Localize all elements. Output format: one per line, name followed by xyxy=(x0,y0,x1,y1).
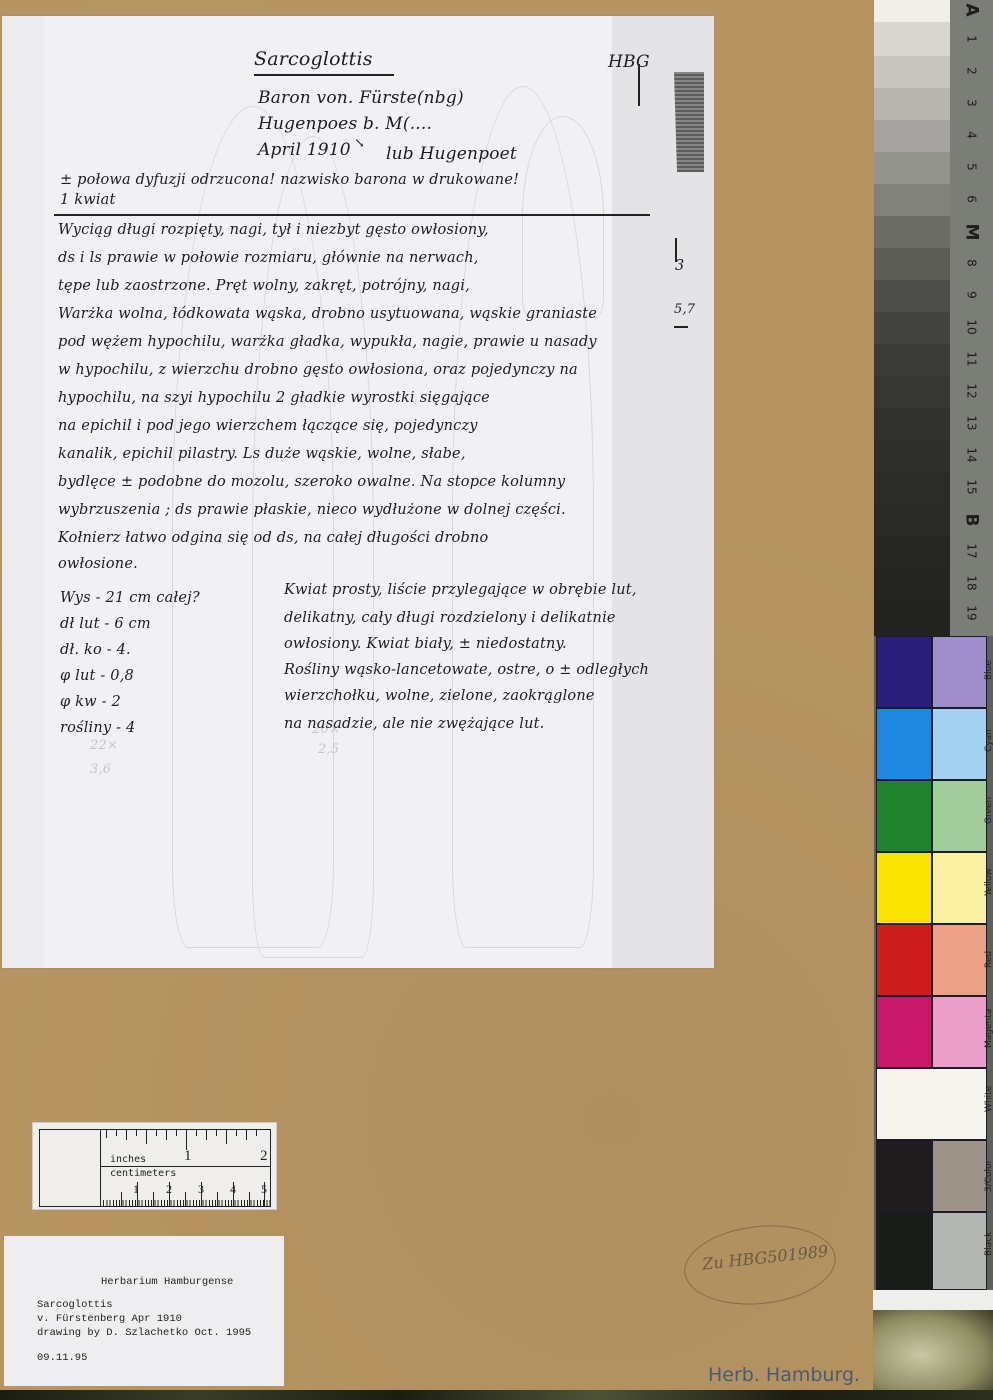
tick xyxy=(166,1130,167,1140)
note-sub: 1 kwiat xyxy=(60,192,116,208)
tick xyxy=(216,1130,217,1136)
tick xyxy=(236,1130,237,1136)
measurement: dł lut - 6 cm xyxy=(60,616,151,632)
chart-edge-strip xyxy=(873,1290,993,1310)
gray-step xyxy=(874,56,950,88)
measurement: φ lut - 0,8 xyxy=(60,668,134,684)
color-label: Green xyxy=(984,784,993,824)
tick xyxy=(116,1130,117,1136)
description-line: Rośliny wąsko-lancetowate, ostre, o ± od… xyxy=(284,662,649,678)
tick xyxy=(146,1130,147,1144)
color-label: Yellow xyxy=(984,856,993,896)
tick xyxy=(196,1130,197,1136)
tick xyxy=(206,1130,207,1140)
color-label: Cyan xyxy=(984,712,993,752)
color-label: Black xyxy=(984,1216,993,1256)
tick xyxy=(176,1130,177,1136)
section-divider xyxy=(54,214,650,216)
color-label: Blue xyxy=(984,640,993,680)
description-line: delikatny, cały długi rozdzielony i deli… xyxy=(284,610,616,626)
description-line: na epichil i pod jego wierzchem łączące … xyxy=(58,418,478,434)
swatch-blue-light xyxy=(932,636,987,708)
swatch-black-dark xyxy=(876,1212,932,1290)
scale-ruler: inches centimeters 1 2 1 2 3 4 5 xyxy=(32,1122,277,1210)
inches-label: inches xyxy=(110,1154,146,1165)
tick xyxy=(246,1130,247,1140)
color-calibration-chart xyxy=(874,636,993,1290)
collector-line: Baron von. Fürste(nbg) xyxy=(258,88,464,108)
description-line: owłosiony. Kwiat biały, ± niedostatny. xyxy=(284,636,567,652)
swatch-green-dark xyxy=(876,780,932,852)
gray-step xyxy=(874,376,950,408)
description-line: Wyciąg długi rozpięty, nagi, tył i niezb… xyxy=(58,222,489,238)
tick xyxy=(126,1130,127,1140)
description-line: hypochilu, na szyi hypochilu 2 gładkie w… xyxy=(58,390,490,406)
color-label: 3/Color xyxy=(984,1144,993,1192)
cm-number: 1 xyxy=(133,1182,139,1197)
swatch-black-light xyxy=(932,1212,987,1290)
color-label: Magenta xyxy=(984,1000,993,1048)
inch-number: 1 xyxy=(184,1148,192,1165)
measurement: rośliny - 4 xyxy=(60,720,135,736)
description-line: wierzchołku, wolne, zielone, zaokrąglone xyxy=(284,688,595,704)
centimeters-label: centimeters xyxy=(110,1168,176,1179)
tick xyxy=(186,1130,187,1150)
description-line: Warżka wolna, łódkowata wąska, drobno us… xyxy=(58,306,597,322)
tick xyxy=(226,1130,227,1144)
gray-step xyxy=(874,280,950,312)
color-label: White xyxy=(984,1072,993,1112)
gray-step xyxy=(874,312,950,344)
measurement: dł. ko - 4. xyxy=(60,642,131,658)
description-line: pod wężem hypochilu, warżka gładka, wypu… xyxy=(58,334,597,350)
description-line: w hypochilu, z wierzchu drobno gęsto owł… xyxy=(58,362,578,378)
description-line: na nasadzie, ale nie zwężające lut. xyxy=(284,716,544,732)
scale-label: 19 xyxy=(965,592,979,635)
swatch-cyan-dark xyxy=(876,708,932,780)
faint-number: 22× xyxy=(90,738,118,753)
herbarium-stamp: Herb. Hamburg. xyxy=(708,1364,860,1386)
note-line: ± połowa dyfuzji odrzucona! nazwisko bar… xyxy=(60,172,519,188)
background-bottom-edge xyxy=(0,1390,993,1400)
swatch-red-light xyxy=(932,924,987,996)
copy-artifact xyxy=(674,72,704,172)
description-line: kanalik, epichil pilastry. Ls duże wąski… xyxy=(58,446,466,462)
faint-drawing-outline xyxy=(522,116,604,318)
locality-alt-line: lub Hugenpoet xyxy=(386,144,517,164)
description-line: Kołnierz łatwo odgina się od ds, na całe… xyxy=(58,530,488,546)
gray-step xyxy=(874,22,950,56)
herbarium-label: Herbarium Hamburgense Sarcoglottis v. Fü… xyxy=(4,1236,284,1386)
tick xyxy=(256,1130,257,1136)
swatch-3color-light xyxy=(932,1140,987,1212)
institution-name: Herbarium Hamburgense xyxy=(101,1276,233,1288)
gray-step xyxy=(874,88,950,120)
sheet-title: Sarcoglottis xyxy=(254,48,373,70)
background-photo-edge xyxy=(873,1310,993,1400)
description-line: bydlęce ± podobne do mozolu, szeroko owa… xyxy=(58,474,565,490)
tick xyxy=(156,1130,157,1136)
description-line: wybrzuszenia ; ds prawie płaskie, nieco … xyxy=(58,502,566,518)
corner-code: HBG xyxy=(608,52,650,72)
swatch-magenta-dark xyxy=(876,996,932,1068)
tick xyxy=(106,1130,107,1138)
swatch-yellow-dark xyxy=(876,852,932,924)
gray-step xyxy=(874,408,950,440)
tick xyxy=(136,1130,137,1136)
gray-step xyxy=(874,536,950,568)
margin-mark: 5,7 xyxy=(674,302,695,317)
ruler-blank-area xyxy=(40,1130,101,1206)
gray-step xyxy=(874,504,950,536)
ruler-divider xyxy=(100,1166,270,1167)
measurement: φ kw - 2 xyxy=(60,694,121,710)
gray-step xyxy=(874,0,950,22)
faint-number: 2,5 xyxy=(318,742,339,757)
gray-step xyxy=(874,152,950,184)
swatch-magenta-light xyxy=(932,996,987,1068)
color-label: Red xyxy=(984,928,993,968)
margin-mark: 3 xyxy=(675,258,684,274)
gray-step xyxy=(874,184,950,216)
handwritten-description-sheet: 22× 3,6 20× 2,5 Sarcoglottis HBG Baron v… xyxy=(2,16,714,968)
gray-step xyxy=(874,440,950,472)
collector: v. Fürstenberg Apr 1910 xyxy=(37,1313,182,1325)
gray-step xyxy=(874,216,950,248)
gray-scale-labels: A 1 2 3 4 5 6 M 8 9 10 11 12 13 14 15 B … xyxy=(950,0,993,636)
description-line: Kwiat prosty, liście przylegające w obrę… xyxy=(284,582,637,598)
measurement: Wys - 21 cm całej? xyxy=(60,590,200,606)
gray-step xyxy=(874,568,950,600)
swatch-cyan-light xyxy=(932,708,987,780)
faint-number: 3,6 xyxy=(90,762,111,777)
gray-step xyxy=(874,120,950,152)
description-line: owłosione. xyxy=(58,556,138,572)
gray-scale-chart xyxy=(874,0,950,636)
mm-ticks xyxy=(100,1200,270,1206)
swatch-red-dark xyxy=(876,924,932,996)
gray-step xyxy=(874,472,950,504)
swatch-yellow-light xyxy=(932,852,987,924)
ruler-frame: inches centimeters 1 2 1 2 3 4 5 xyxy=(39,1129,271,1207)
corner-bracket xyxy=(638,64,640,106)
label-date: 09.11.95 xyxy=(37,1352,87,1364)
margin-mark-line xyxy=(674,326,688,328)
locality-line: Hugenpoes b. M(.... xyxy=(258,114,432,134)
swatch-blue-dark xyxy=(876,636,932,708)
swatch-white xyxy=(876,1068,987,1140)
title-underline xyxy=(254,74,394,76)
inch-number: 2 xyxy=(260,1148,268,1165)
description-line: tępe lub zaostrzone. Pręt wolny, zakręt,… xyxy=(58,278,470,294)
gray-step xyxy=(874,600,950,636)
taxon-name: Sarcoglottis xyxy=(37,1299,113,1311)
drawing-credit: drawing by D. Szlachetko Oct. 1995 xyxy=(37,1327,251,1339)
date-line: April 1910 xyxy=(258,140,351,160)
swatch-green-light xyxy=(932,780,987,852)
gray-step xyxy=(874,344,950,376)
gray-step xyxy=(874,248,950,280)
arrow-icon: ↘ xyxy=(354,136,365,151)
swatch-3color-dark xyxy=(876,1140,932,1212)
description-line: ds i ls prawie w połowie rozmiaru, główn… xyxy=(58,250,479,266)
